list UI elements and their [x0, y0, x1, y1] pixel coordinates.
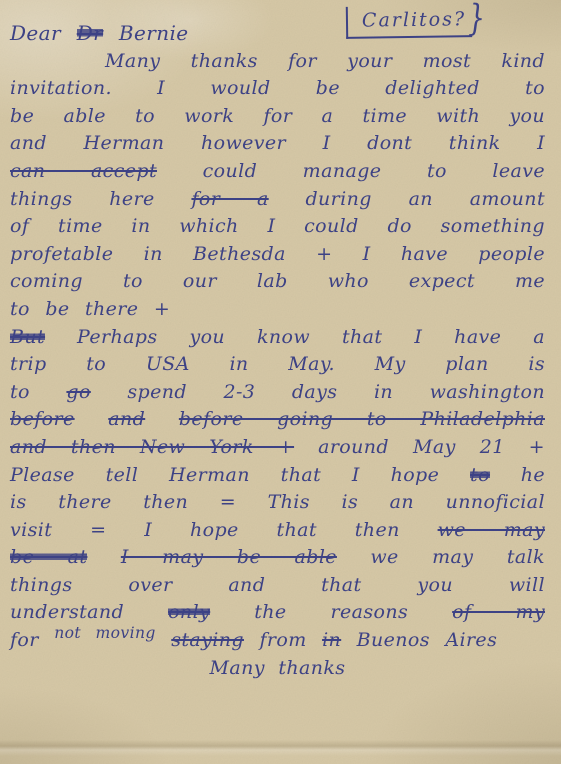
handwritten-text: of time in which I could do something [10, 215, 545, 237]
struck-text: can accept [10, 160, 157, 182]
letter-line: be at I may be able we may talk [10, 544, 545, 572]
struck-text: of my [452, 601, 545, 623]
handwritten-text: understand [10, 601, 124, 623]
handwritten-text: be able to work for a time with you [10, 105, 545, 127]
letter-line: to be there + [10, 296, 545, 324]
struck-text: we may [438, 519, 545, 541]
handwritten-text: profetable in Bethesda + I have people [10, 243, 545, 265]
handwritten-text: Bernie [119, 21, 189, 45]
handwritten-text: invitation. I would be delighted to [10, 77, 545, 99]
handwritten-text: visit = I hope that then [10, 519, 400, 541]
letter-line: But Perhaps you know that I have a [10, 324, 545, 352]
letter-page: Carlitos?} Dear Dr BernieMany thanks for… [0, 0, 561, 764]
handwritten-text: coming to our lab who expect me [10, 270, 545, 292]
struck-text: staying [171, 629, 244, 651]
struck-text: before going to Philadelphia [179, 408, 545, 430]
handwritten-text: during an amount [305, 188, 545, 210]
struck-text: I may be able [121, 546, 337, 568]
handwritten-text: is there then = This is an unnoficial [10, 491, 545, 513]
letter-line: visit = I hope that then we may [10, 517, 545, 545]
handwritten-text: trip to USA in May. My plan is [10, 353, 545, 375]
inserted-text: not moving [54, 624, 156, 642]
letter-line: Please tell Herman that I hope to he [10, 462, 545, 490]
struck-text: be at [10, 546, 87, 568]
struck-text: in [322, 629, 341, 651]
handwritten-text: the reasons [254, 601, 408, 623]
letter-line: for not moving staying from in Buenos Ai… [10, 627, 545, 655]
handwritten-text: around May 21 + [318, 436, 545, 458]
letter-line: things over and that you will [10, 572, 545, 600]
handwritten-text: things over and that you will [10, 574, 545, 596]
handwritten-text: for [10, 629, 39, 651]
struck-text: But [10, 326, 45, 348]
letter-line: profetable in Bethesda + I have people [10, 241, 545, 269]
handwritten-text: spend 2-3 days in washington [127, 381, 545, 403]
struck-text: and [108, 408, 145, 430]
struck-text: for a [191, 188, 268, 210]
letter-line: Dear Dr Bernie [10, 20, 545, 48]
handwritten-text: Perhaps you know that I have a [77, 326, 545, 348]
handwritten-text: Buenos Aires [357, 629, 498, 651]
letter-body: Dear Dr BernieMany thanks for your most … [10, 20, 545, 682]
letter-line: Many thanks for your most kind [10, 48, 545, 76]
letter-line: to go spend 2-3 days in washington [10, 379, 545, 407]
letter-line: and Herman however I dont think I [10, 130, 545, 158]
letter-line: of time in which I could do something [10, 213, 545, 241]
struck-text: and then New York + [10, 436, 294, 458]
handwritten-text: we may talk [370, 546, 545, 568]
letter-line: and then New York + around May 21 + [10, 434, 545, 462]
handwritten-text: he [521, 464, 545, 486]
struck-text: before [10, 408, 75, 430]
letter-line: things here for a during an amount [10, 186, 545, 214]
handwritten-text: to be there + [10, 298, 170, 320]
handwritten-text: from [259, 629, 306, 651]
handwritten-text: Many thanks for your most kind [105, 50, 545, 72]
letter-line: coming to our lab who expect me [10, 268, 545, 296]
handwritten-text: to [10, 381, 30, 403]
handwritten-text: Please tell Herman that I hope [10, 464, 439, 486]
struck-text: to [470, 464, 490, 486]
handwritten-text: Dear [10, 21, 61, 45]
letter-line: Many thanks [10, 655, 545, 683]
letter-line: trip to USA in May. My plan is [10, 351, 545, 379]
struck-text: only [168, 601, 210, 623]
handwritten-text: things here [10, 188, 155, 210]
handwritten-text: Many thanks [210, 657, 346, 679]
handwritten-text: and Herman however I dont think I [10, 132, 545, 154]
letter-line: understand only the reasons of my [10, 599, 545, 627]
struck-text: Dr [77, 21, 103, 45]
handwritten-text: could manage to leave [203, 160, 545, 182]
struck-text: go [66, 381, 90, 403]
letter-line: can accept could manage to leave [10, 158, 545, 186]
letter-line: invitation. I would be delighted to [10, 75, 545, 103]
letter-line: before and before going to Philadelphia [10, 406, 545, 434]
letter-line: is there then = This is an unnoficial [10, 489, 545, 517]
letter-line: be able to work for a time with you [10, 103, 545, 131]
